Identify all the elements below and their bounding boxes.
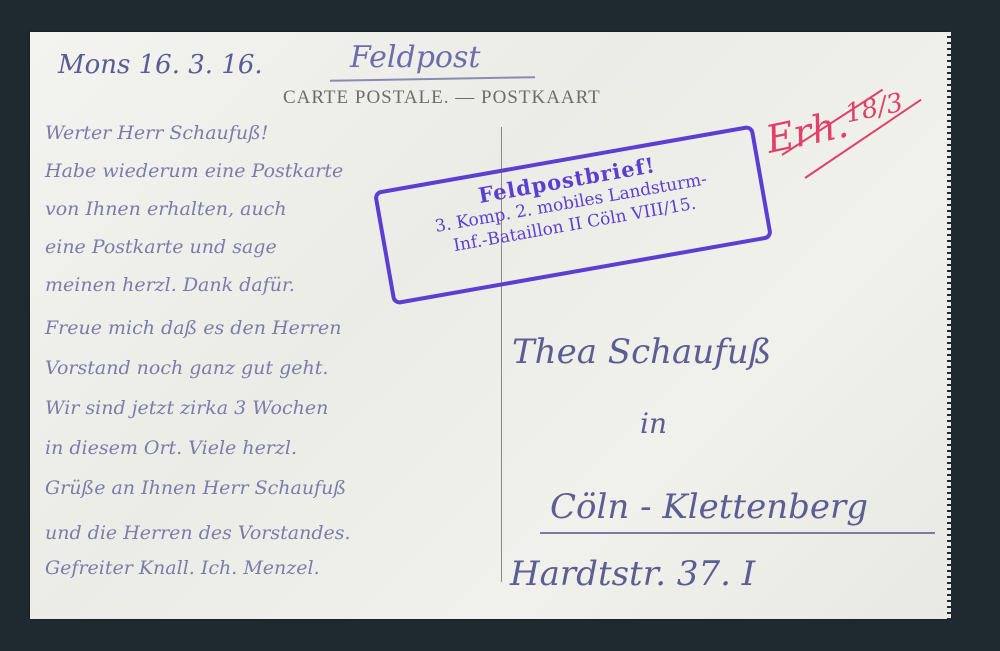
- recipient-street: Hardtstr. 37. I: [510, 554, 755, 594]
- recipient-city: Cöln - Klettenberg: [550, 487, 868, 527]
- postcard-header: CARTE POSTALE. — POSTKAART: [283, 87, 601, 109]
- message-line: meinen herzl. Dank dafür.: [45, 274, 295, 296]
- date-line: Mons 16. 3. 16.: [58, 50, 263, 80]
- recipient-name: Thea Schaufuß: [512, 332, 771, 372]
- received-mark: Erh.18/3: [762, 88, 909, 162]
- message-line: und die Herren des Vorstandes.: [45, 522, 351, 544]
- message-line: Freue mich daß es den Herren: [45, 317, 341, 339]
- message-line: Habe wiederum eine Postkarte: [45, 160, 343, 182]
- feldpost-stamp: Feldpostbrief! 3. Komp. 2. mobiles Lands…: [373, 124, 773, 305]
- message-line: in diesem Ort. Viele herzl.: [45, 437, 297, 459]
- message-line: Gefreiter Knall. Ich. Menzel.: [45, 557, 320, 579]
- message-line: Wir sind jetzt zirka 3 Wochen: [45, 397, 328, 419]
- feldpost-underline: [330, 76, 535, 82]
- message-line: eine Postkarte und sage: [45, 236, 277, 258]
- postcard: CARTE POSTALE. — POSTKAART Mons 16. 3. 1…: [30, 32, 948, 619]
- city-underline: [540, 532, 935, 534]
- message-line: Werter Herr Schaufuß!: [45, 122, 268, 144]
- message-line: Grüße an Ihnen Herr Schaufuß: [45, 477, 346, 499]
- message-line: von Ihnen erhalten, auch: [45, 198, 287, 220]
- feldpost-mark: Feldpost: [350, 40, 480, 75]
- message-line: Vorstand noch ganz gut geht.: [45, 357, 328, 379]
- recipient-in: in: [640, 407, 667, 440]
